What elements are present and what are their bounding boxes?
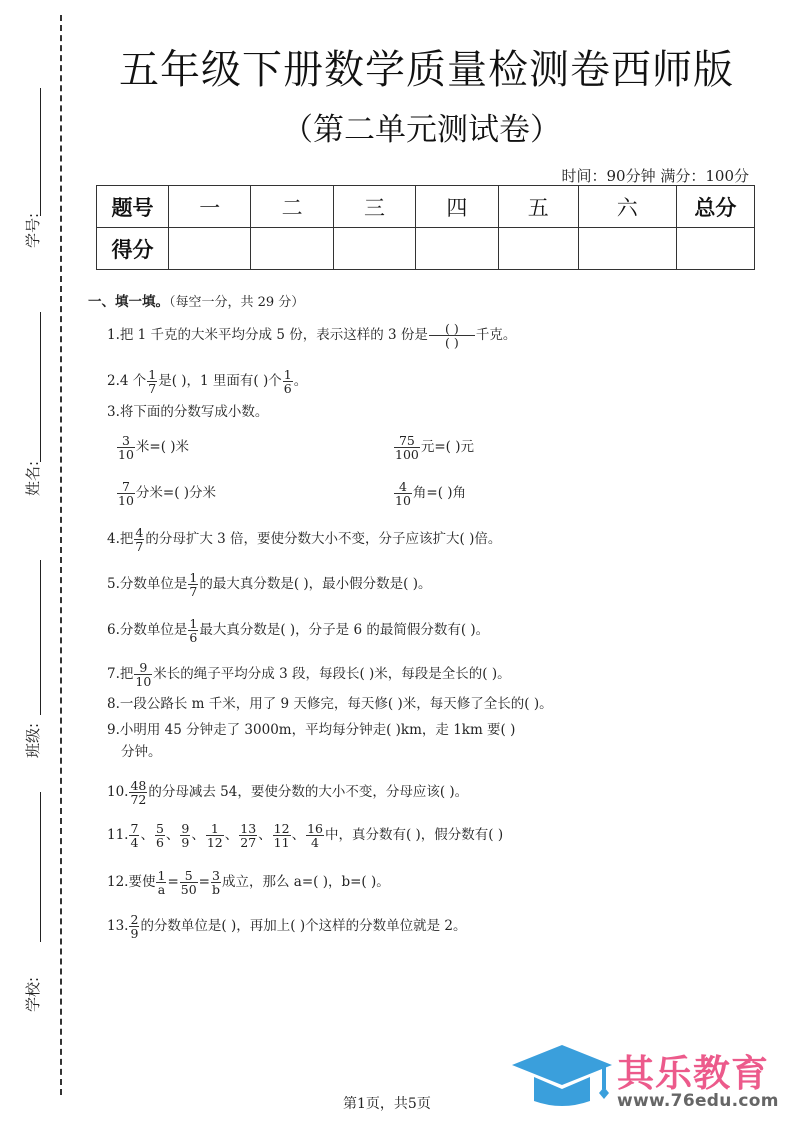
fraction: 910	[134, 661, 152, 688]
numerator: 48	[129, 779, 147, 792]
denominator: 27	[239, 835, 257, 849]
question-2: 2.4 个17是( )，1 里面有( )个16。	[107, 368, 307, 395]
fraction: 410	[394, 480, 412, 507]
numerator: 16	[306, 822, 324, 835]
fraction: 3b	[211, 869, 221, 896]
page-subtitle: （第二单元测试卷）	[0, 104, 793, 149]
question-3-item: 310米=( )米	[116, 434, 189, 461]
page-number: 第1页，共5页	[343, 1093, 431, 1113]
numerator: 9	[134, 661, 152, 674]
section-heading: 一、填一填。（每空一分，共 29 分）	[88, 290, 304, 310]
denominator: 50	[180, 882, 198, 896]
fraction: 29	[129, 913, 139, 940]
question-text: 5.分数单位是	[107, 576, 187, 592]
numerator: ( )	[429, 322, 475, 335]
table-cell: 三	[333, 186, 415, 228]
fraction: 16	[188, 617, 198, 644]
graduation-cap-icon	[512, 1045, 612, 1114]
numerator: 4	[134, 526, 144, 539]
score-input-cell[interactable]	[498, 228, 578, 270]
question-7: 7.把910米长的绳子平均分成 3 段，每段长( )米，每段是全长的( )。	[107, 661, 511, 688]
question-text: 元=( )元	[421, 439, 474, 455]
question-text: 最大真分数是( )，分子是 6 的最简假分数有( )。	[199, 622, 489, 638]
table-cell: 一	[169, 186, 251, 228]
score-input-cell[interactable]	[416, 228, 498, 270]
denominator: 10	[117, 447, 135, 461]
question-3-item: 410角=( )角	[393, 480, 466, 507]
brand-url[interactable]: www.76edu.com	[617, 1091, 779, 1111]
question-text: 是( )，1 里面有( )个	[158, 373, 282, 389]
answer-fraction-blank[interactable]: ( )( )	[429, 322, 475, 349]
numerator: 9	[180, 822, 190, 835]
numerator: 1	[206, 822, 224, 835]
score-table-score-row: 得分	[97, 228, 755, 270]
numerator: 2	[129, 913, 139, 926]
fraction: 550	[180, 869, 198, 896]
numerator: 3	[211, 869, 221, 882]
question-text: 米长的绳子平均分成 3 段，每段长( )米，每段是全长的( )。	[153, 666, 510, 682]
denominator: 6	[188, 630, 198, 644]
fraction: 17	[147, 368, 157, 395]
question-text: 的分数单位是( )，再加上( )个这样的分数单位就是 2。	[140, 918, 466, 934]
question-6: 6.分数单位是16最大真分数是( )，分子是 6 的最简假分数有( )。	[107, 617, 489, 644]
denominator: 9	[129, 926, 139, 940]
class-label: 班级:	[22, 736, 44, 758]
numerator: 12	[273, 822, 291, 835]
table-cell: 六	[578, 186, 676, 228]
denominator: 4	[306, 835, 324, 849]
numerator: 4	[394, 480, 412, 493]
score-input-cell[interactable]	[676, 228, 754, 270]
score-input-cell[interactable]	[578, 228, 676, 270]
numerator: 5	[155, 822, 165, 835]
question-text: 的最大真分数是( )，最小假分数是( )。	[199, 576, 431, 592]
question-9-cont: 分钟。	[121, 742, 162, 762]
school-underline[interactable]	[40, 792, 41, 942]
numerator: 7	[117, 480, 135, 493]
denominator: 4	[129, 835, 139, 849]
time-info: 时间：90分钟 满分：100分	[562, 165, 750, 186]
fraction: 16	[283, 368, 293, 395]
question-text: 的分母扩大 3 倍，要使分数大小不变，分子应该扩大( )倍。	[145, 531, 501, 547]
question-5: 5.分数单位是17的最大真分数是( )，最小假分数是( )。	[107, 571, 432, 598]
score-input-cell[interactable]	[333, 228, 415, 270]
fraction: 1a	[156, 869, 166, 896]
question-text: 12.要使	[107, 874, 155, 890]
denominator: 7	[147, 381, 157, 395]
brand-name: 其乐教育	[617, 1043, 769, 1097]
fraction: 112	[206, 822, 224, 849]
fraction: 99	[180, 822, 190, 849]
question-10: 10.4872的分母减去 54，要使分数的大小不变，分母应该( )。	[107, 779, 468, 806]
denominator: 9	[180, 835, 190, 849]
numerator: 1	[188, 617, 198, 630]
numerator: 7	[129, 822, 139, 835]
denominator: 100	[394, 447, 420, 461]
question-text: 的分母减去 54，要使分数的大小不变，分母应该( )。	[148, 784, 468, 800]
denominator: 7	[134, 539, 144, 553]
section-title: 一、填一填。	[88, 294, 169, 310]
table-cell: 二	[251, 186, 333, 228]
question-text: 13.	[107, 918, 128, 934]
question-text: 6.分数单位是	[107, 622, 187, 638]
fraction: 74	[129, 822, 139, 849]
question-text: 7.把	[107, 666, 133, 682]
numerator: 1	[147, 368, 157, 381]
denominator: 10	[134, 674, 152, 688]
question-4: 4.把47的分母扩大 3 倍，要使分数大小不变，分子应该扩大( )倍。	[107, 526, 501, 553]
table-cell: 五	[498, 186, 578, 228]
numerator: 1	[188, 571, 198, 584]
numerator: 1	[156, 869, 166, 882]
table-cell: 题号	[97, 186, 169, 228]
score-input-cell[interactable]	[169, 228, 251, 270]
numerator: 5	[180, 869, 198, 882]
section-note: （每空一分，共 29 分）	[169, 295, 304, 310]
binding-dashed-line	[60, 15, 62, 1095]
name-label: 姓名:	[22, 474, 44, 496]
numerator: 1	[283, 368, 293, 381]
denominator: 10	[394, 493, 412, 507]
fraction: 75100	[394, 434, 420, 461]
question-3-item: 75100元=( )元	[393, 434, 474, 461]
question-text: 10.	[107, 784, 128, 800]
denominator: 6	[283, 381, 293, 395]
question-text: 千克。	[476, 327, 517, 343]
denominator: 12	[206, 835, 224, 849]
question-text: 11.	[107, 827, 128, 843]
numerator: 13	[239, 822, 257, 835]
question-11: 11.74、56、99、112、1327、1211、164中，真分数有( )，假…	[107, 822, 503, 849]
question-text: 。	[294, 373, 308, 389]
fraction: 4872	[129, 779, 147, 806]
denominator: 7	[188, 584, 198, 598]
score-table-header-row: 题号 一 二 三 四 五 六 总分	[97, 186, 755, 228]
question-9: 9.小明用 45 分钟走了 3000m，平均每分钟走( )km，走 1km 要(…	[107, 720, 515, 740]
question-8: 8.一段公路长 m 千米，用了 9 天修完，每天修( )米，每天修了全长的( )…	[107, 694, 553, 714]
denominator: b	[211, 882, 221, 896]
question-12: 12.要使1a=550=3b成立，那么 a=( )，b=( )。	[107, 869, 390, 896]
denominator: 10	[117, 493, 135, 507]
table-cell: 总分	[676, 186, 754, 228]
denominator: 6	[155, 835, 165, 849]
score-table: 题号 一 二 三 四 五 六 总分 得分	[96, 185, 755, 270]
denominator: 72	[129, 792, 147, 806]
question-text: 中，真分数有( )，假分数有( )	[325, 827, 503, 843]
question-text: 角=( )角	[413, 485, 466, 501]
question-text: 2.4 个	[107, 373, 146, 389]
fraction: 1211	[273, 822, 291, 849]
question-3-item: 710分米=( )分米	[116, 480, 216, 507]
fraction: 164	[306, 822, 324, 849]
denominator: ( )	[429, 335, 475, 349]
page-title: 五年级下册数学质量检测卷西师版	[0, 38, 793, 95]
fraction: 17	[188, 571, 198, 598]
fraction: 56	[155, 822, 165, 849]
table-cell: 得分	[97, 228, 169, 270]
question-text: 4.把	[107, 531, 133, 547]
question-text: 米=( )米	[136, 439, 189, 455]
class-underline[interactable]	[40, 560, 41, 715]
fraction: 710	[117, 480, 135, 507]
fraction: 310	[117, 434, 135, 461]
fraction: 1327	[239, 822, 257, 849]
student-id-label: 学号:	[22, 226, 44, 248]
school-label: 学校:	[22, 990, 44, 1012]
question-13: 13.29的分数单位是( )，再加上( )个这样的分数单位就是 2。	[107, 913, 466, 940]
question-1: 1.把 1 千克的大米平均分成 5 份，表示这样的 3 份是( )( )千克。	[107, 322, 516, 349]
fraction: 47	[134, 526, 144, 553]
numerator: 3	[117, 434, 135, 447]
question-3: 3.将下面的分数写成小数。	[107, 402, 268, 422]
numerator: 75	[394, 434, 420, 447]
score-input-cell[interactable]	[251, 228, 333, 270]
denominator: 11	[273, 835, 291, 849]
name-underline[interactable]	[40, 312, 41, 462]
table-cell: 四	[416, 186, 498, 228]
question-text: 分米=( )分米	[136, 485, 216, 501]
question-text: 1.把 1 千克的大米平均分成 5 份，表示这样的 3 份是	[107, 327, 428, 343]
question-text: 成立，那么 a=( )，b=( )。	[222, 874, 390, 890]
denominator: a	[156, 882, 166, 896]
